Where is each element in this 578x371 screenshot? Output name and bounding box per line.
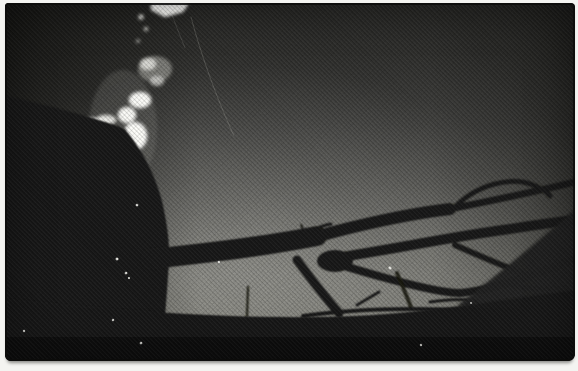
photo-art [5,3,575,361]
page: { "page": { "background_color": "#f4f4f1… [0,0,578,371]
night-fire-photograph [5,3,575,361]
film-grain-overlay [5,3,575,361]
